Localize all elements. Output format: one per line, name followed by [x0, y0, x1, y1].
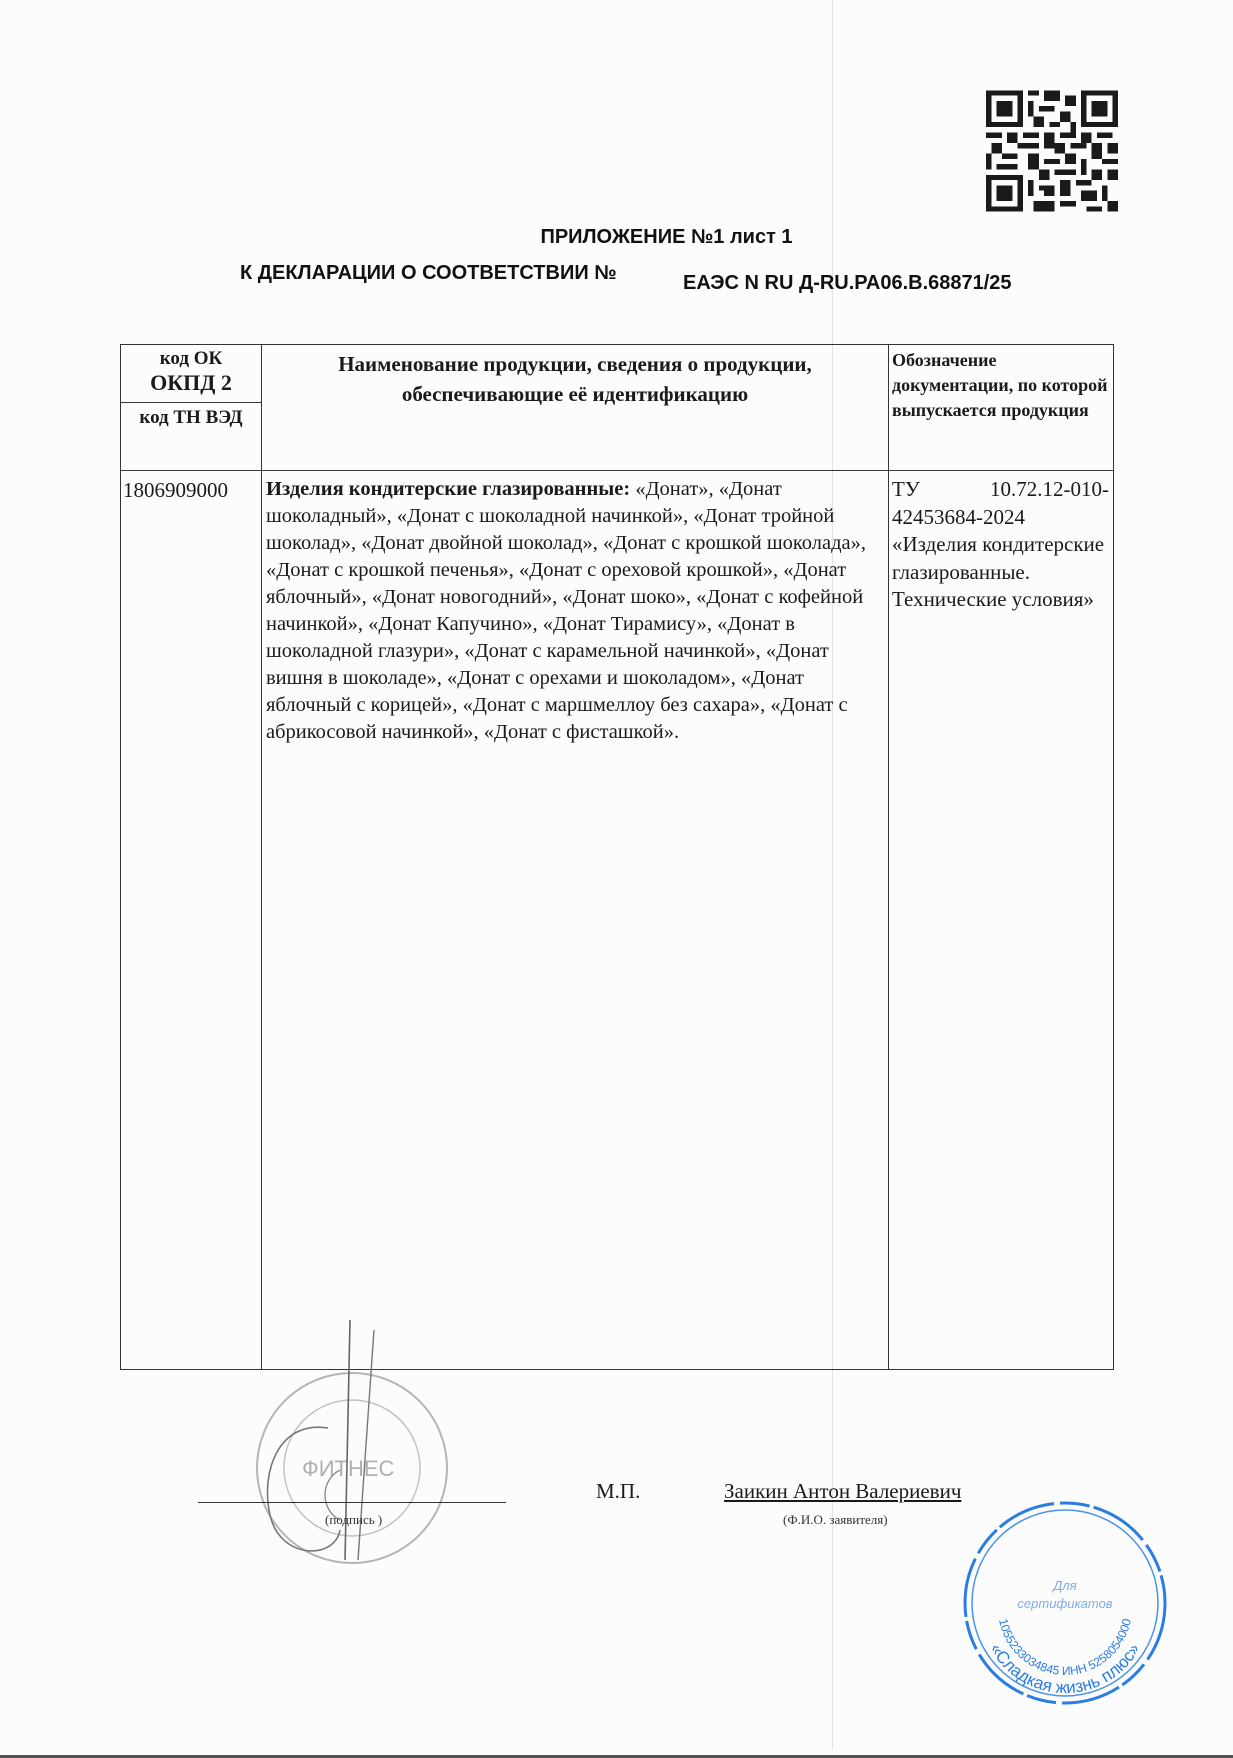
company-stamp-icon: «Сладкая жизнь плюс» 1055233034845 ИНН 5…: [950, 1488, 1180, 1708]
products-table: код ОК ОКПД 2 код ТН ВЭД Наименование пр…: [120, 344, 1114, 1370]
svg-text:сертификатов: сертификатов: [1017, 1596, 1112, 1611]
product-description: Изделия кондитерские глазированные: «Дон…: [262, 471, 889, 1370]
signature-caption: (подпись ): [325, 1512, 382, 1528]
doc-number-part1: 10.72.12-010-: [990, 476, 1109, 504]
declaration-number: ЕАЭС N RU Д-RU.РА06.В.68871/25: [683, 272, 1012, 295]
appendix-title: ПРИЛОЖЕНИЕ №1 лист 1: [0, 226, 1233, 249]
header-codes: код ОК ОКПД 2 код ТН ВЭД: [121, 345, 262, 471]
signature-icon: [240, 1320, 470, 1570]
svg-text:Для: Для: [1051, 1578, 1076, 1593]
applicant-caption: (Ф.И.О. заявителя): [783, 1512, 888, 1528]
seal-label: М.П.: [596, 1479, 640, 1504]
documentation-cell: ТУ 10.72.12-010- 42453684-2024 «Изделия …: [889, 471, 1114, 1370]
product-list: «Донат», «Донат шоколадный», «Донат с шо…: [266, 478, 866, 743]
header-tn-ved: код ТН ВЭД: [121, 402, 261, 467]
header-documentation: Обозначение документации, по которой вып…: [889, 345, 1114, 471]
doc-title: «Изделия кондитерские глазированные. Тех…: [892, 531, 1109, 614]
header-product-name: Наименование продукции, сведения о проду…: [262, 345, 889, 471]
product-group: Изделия кондитерские глазированные:: [266, 478, 630, 500]
declaration-label: К ДЕКЛАРАЦИИ О СООТВЕТСТВИИ №: [240, 262, 617, 285]
doc-prefix: ТУ: [892, 476, 920, 504]
table-header-row: код ОК ОКПД 2 код ТН ВЭД Наименование пр…: [121, 345, 1114, 471]
doc-number-part2: 42453684-2024: [892, 504, 1109, 532]
signature-line: [198, 1502, 506, 1503]
table-row: 1806909000 Изделия кондитерские глазиров…: [121, 471, 1114, 1370]
qr-code-icon: [986, 90, 1118, 212]
applicant-name: Заикин Антон Валериевич: [724, 1479, 961, 1504]
tn-ved-code: 1806909000: [121, 471, 262, 1370]
